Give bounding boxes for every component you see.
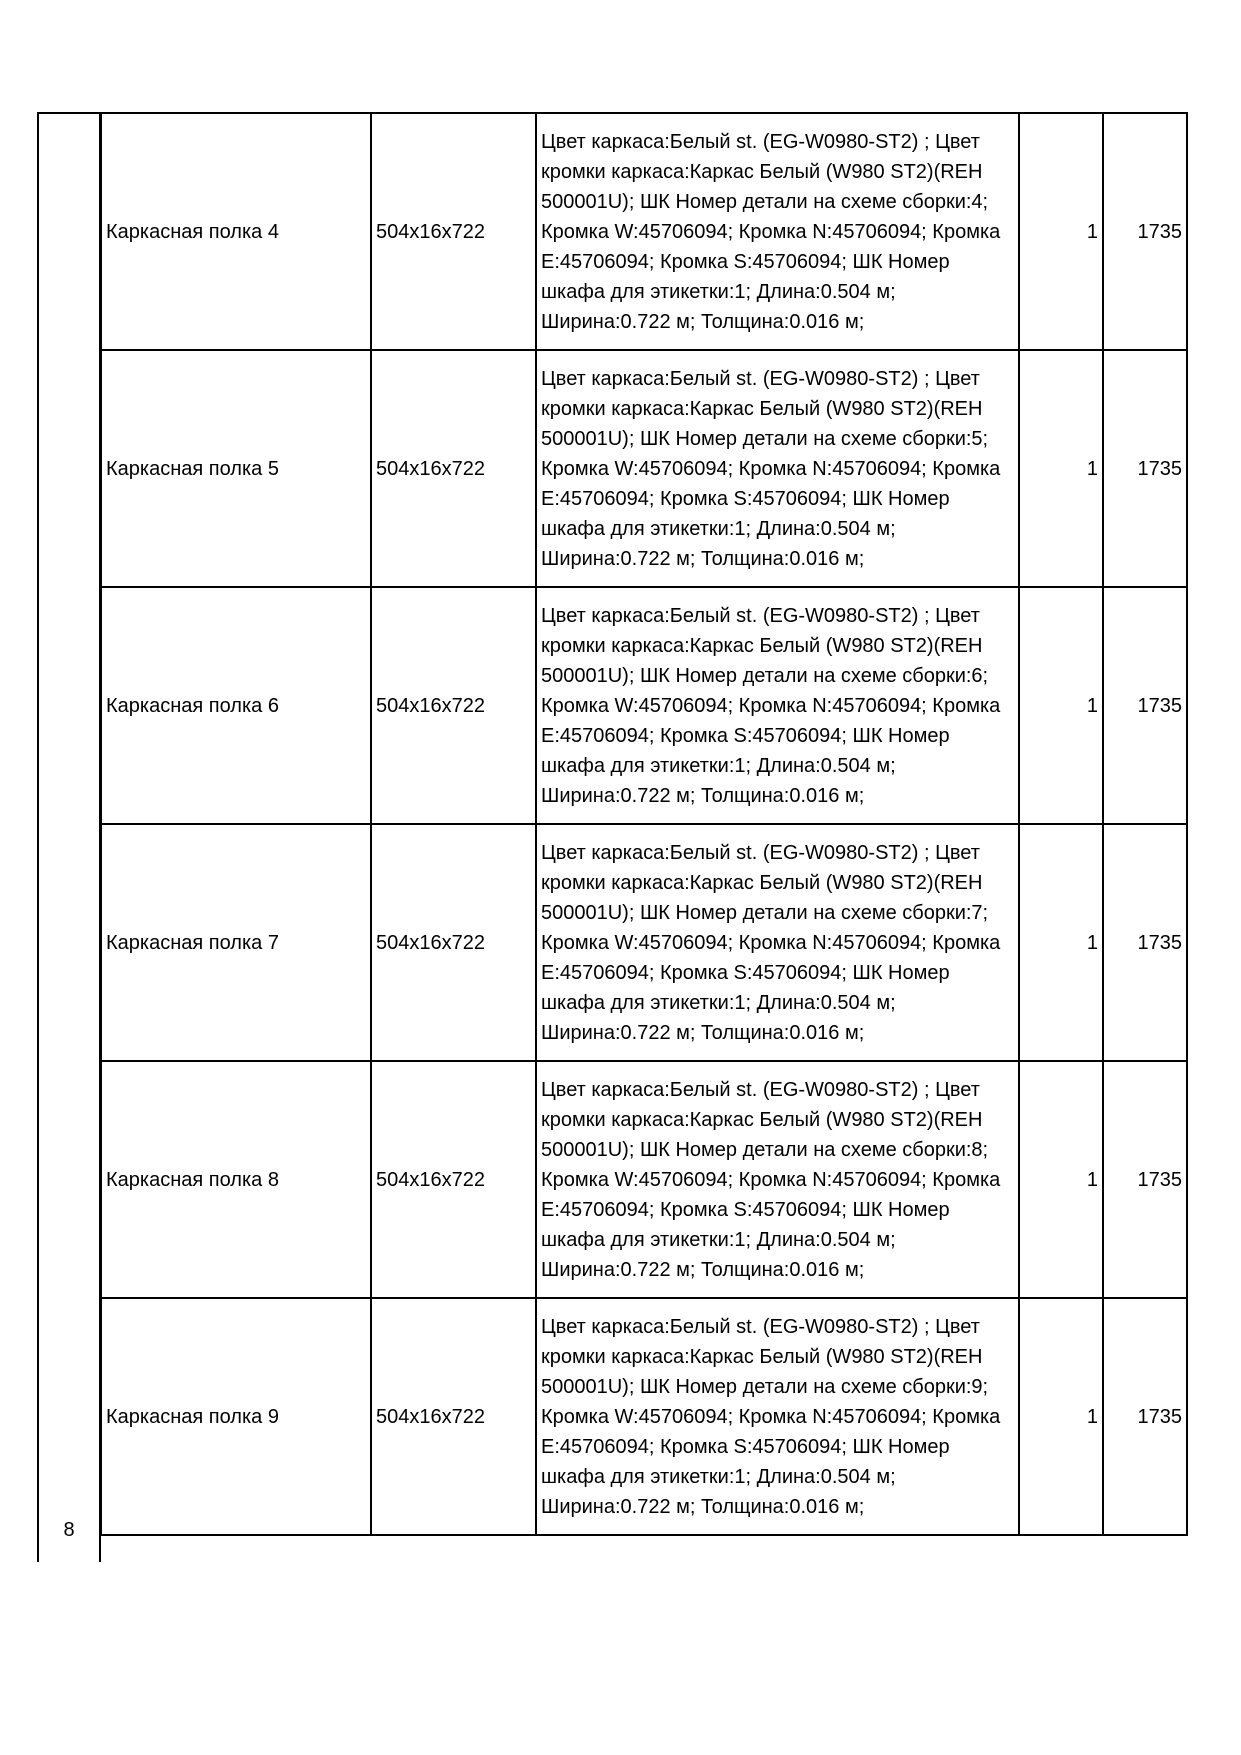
part-name: Каркасная полка 5: [101, 350, 371, 587]
part-quantity: 1: [1019, 350, 1103, 587]
group-number-column: 8: [37, 112, 101, 1562]
part-name: Каркасная полка 8: [101, 1061, 371, 1298]
part-description: Цвет каркаса:Белый st. (EG-W0980-ST2) ; …: [536, 350, 1019, 587]
part-name: Каркасная полка 7: [101, 824, 371, 1061]
table-row: Каркасная полка 7 504x16x722 Цвет каркас…: [101, 824, 1187, 1061]
part-price: 1735: [1103, 350, 1187, 587]
part-name: Каркасная полка 6: [101, 587, 371, 824]
part-description: Цвет каркаса:Белый st. (EG-W0980-ST2) ; …: [536, 1298, 1019, 1535]
part-description: Цвет каркаса:Белый st. (EG-W0980-ST2) ; …: [536, 113, 1019, 350]
part-size: 504x16x722: [371, 587, 536, 824]
group-number: 8: [39, 1519, 99, 1542]
part-quantity: 1: [1019, 1298, 1103, 1535]
part-quantity: 1: [1019, 587, 1103, 824]
part-name: Каркасная полка 9: [101, 1298, 371, 1535]
parts-table: Каркасная полка 4 504x16x722 Цвет каркас…: [100, 112, 1188, 1536]
table-row: Каркасная полка 8 504x16x722 Цвет каркас…: [101, 1061, 1187, 1298]
part-size: 504x16x722: [371, 824, 536, 1061]
part-price: 1735: [1103, 1061, 1187, 1298]
part-price: 1735: [1103, 113, 1187, 350]
table-row: Каркасная полка 4 504x16x722 Цвет каркас…: [101, 113, 1187, 350]
part-price: 1735: [1103, 1298, 1187, 1535]
part-quantity: 1: [1019, 113, 1103, 350]
part-quantity: 1: [1019, 824, 1103, 1061]
part-size: 504x16x722: [371, 113, 536, 350]
part-price: 1735: [1103, 587, 1187, 824]
part-price: 1735: [1103, 824, 1187, 1061]
table-row: Каркасная полка 5 504x16x722 Цвет каркас…: [101, 350, 1187, 587]
part-name: Каркасная полка 4: [101, 113, 371, 350]
table-row: Каркасная полка 6 504x16x722 Цвет каркас…: [101, 587, 1187, 824]
part-description: Цвет каркаса:Белый st. (EG-W0980-ST2) ; …: [536, 824, 1019, 1061]
part-size: 504x16x722: [371, 350, 536, 587]
part-quantity: 1: [1019, 1061, 1103, 1298]
table-row: Каркасная полка 9 504x16x722 Цвет каркас…: [101, 1298, 1187, 1535]
part-size: 504x16x722: [371, 1061, 536, 1298]
part-description: Цвет каркаса:Белый st. (EG-W0980-ST2) ; …: [536, 1061, 1019, 1298]
document-page: 8 Каркасная полка 4 504x16x722 Цвет карк…: [0, 0, 1241, 1755]
part-description: Цвет каркаса:Белый st. (EG-W0980-ST2) ; …: [536, 587, 1019, 824]
part-size: 504x16x722: [371, 1298, 536, 1535]
